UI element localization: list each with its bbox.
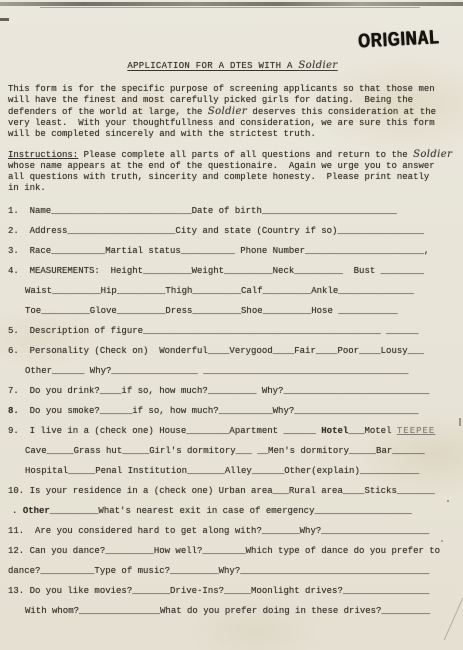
form-title: APPLICATION FOR A DTES WITH A Soldier bbox=[127, 60, 337, 71]
intro-line: will have the finest and most carefully … bbox=[8, 95, 457, 106]
question-10-pre: . bbox=[12, 506, 23, 516]
handwritten-soldier-intro: Soldier bbox=[208, 106, 247, 117]
intro-line: very least. With your thoughtfullness an… bbox=[8, 118, 457, 129]
question-2-address: 2. Address____________________City and s… bbox=[8, 225, 457, 237]
question-9-hotel: Hotel bbox=[321, 426, 348, 436]
question-6-personality: 6. Personality (Check on) Wonderful____V… bbox=[8, 345, 457, 357]
question-12-dance: 12. Can you dance?_________How well?____… bbox=[8, 545, 457, 557]
question-10-other-row: . Other_________What's nearest exit in c… bbox=[12, 505, 457, 517]
question-10-residence-area: 10. Is your residence in a (check one) U… bbox=[8, 485, 457, 497]
intro-line3-post: deserves this consideration at the bbox=[247, 107, 436, 117]
original-stamp: ORIGINAL bbox=[357, 26, 439, 52]
paper-crease-right bbox=[459, 418, 461, 426]
question-9-blank: ___ bbox=[348, 426, 364, 436]
instructions-line: in ink. bbox=[8, 183, 457, 194]
question-8-text: Do you smoke?______if so, how much?_____… bbox=[19, 406, 419, 416]
question-4-measurements-toe-row: Toe_________Glove_________Dress_________… bbox=[25, 305, 457, 317]
scanned-form-page: APPLICATION FOR A DTES WITH A Soldier Th… bbox=[8, 60, 457, 625]
question-7-drink: 7. Do you drink?____if so, how much?____… bbox=[8, 385, 457, 397]
question-12-dance-continued: dance?__________Type of music?_________W… bbox=[8, 565, 457, 577]
instructions-line: Instructions: Please complete all parts … bbox=[8, 149, 457, 161]
questionnaire: 1. Name__________________________Date of… bbox=[8, 205, 457, 617]
scan-edge-line bbox=[40, 7, 420, 8]
question-9-hospital-row: Hospital_____Penal Institution_______All… bbox=[25, 465, 457, 477]
intro-line3-pre: defenders of the world at large, the bbox=[8, 107, 208, 117]
instructions-paragraph: Instructions: Please complete all parts … bbox=[8, 149, 457, 194]
intro-line: This form is for the specific purpose of… bbox=[8, 84, 457, 95]
scan-mark-left bbox=[0, 18, 9, 21]
question-4-measurements-waist-row: Waist_________Hip_________Thigh_________… bbox=[25, 285, 457, 297]
question-13-movies-continued: With whom?_______________What do you pre… bbox=[25, 605, 457, 617]
question-8-number: 8. bbox=[8, 406, 19, 416]
intro-line: defenders of the world at large, the Sol… bbox=[8, 106, 457, 118]
question-10-other: Other bbox=[23, 506, 50, 516]
instructions-label: Instructions: bbox=[8, 150, 78, 160]
question-8-smoke: 8. Do you smoke?______if so, how much?__… bbox=[8, 405, 457, 417]
intro-line: will be completed sincerely and with the… bbox=[8, 129, 457, 140]
question-9-residence-type: 9. I live in a (check one) House________… bbox=[8, 425, 457, 437]
question-9-teepee: TEEPEE bbox=[397, 426, 435, 436]
handwritten-soldier-instructions: Soldier bbox=[413, 149, 452, 160]
form-title-typed: APPLICATION FOR A DTES WITH A bbox=[127, 61, 298, 71]
question-3-race-status-phone: 3. Race__________Martial status_________… bbox=[8, 245, 457, 257]
question-9-motel: Motel bbox=[364, 426, 396, 436]
question-9-cave-row: Cave_____Grass hut_____Girl's dormitory_… bbox=[25, 445, 457, 457]
question-1-name-dob: 1. Name__________________________Date of… bbox=[8, 205, 457, 217]
question-4-measurements: 4. MEASUREMENTS: Height_________Weight__… bbox=[8, 265, 457, 277]
question-11-hard-to-get-along: 11. Are you considered hard to get along… bbox=[8, 525, 457, 537]
instructions-line: whose name appears at the end of the que… bbox=[8, 161, 457, 172]
question-6-personality-other-row: Other______ Why?________________ _______… bbox=[25, 365, 457, 377]
instructions-line1-rest: Please complete all parts of all questio… bbox=[78, 150, 413, 160]
question-13-movies: 13. Do you like movies?_______Drive-Ins?… bbox=[8, 585, 457, 597]
question-10-post: _________What's nearest exit in case of … bbox=[50, 506, 412, 516]
scan-edge-top bbox=[0, 2, 463, 6]
instructions-line: all questions with truth, sincerity and … bbox=[8, 172, 457, 183]
handwritten-soldier-title: Soldier bbox=[298, 60, 337, 71]
intro-paragraph: This form is for the specific purpose of… bbox=[8, 84, 457, 140]
question-5-figure: 5. Description of figure________________… bbox=[8, 325, 457, 337]
question-9-pre: 9. I live in a (check one) House________… bbox=[8, 426, 321, 436]
